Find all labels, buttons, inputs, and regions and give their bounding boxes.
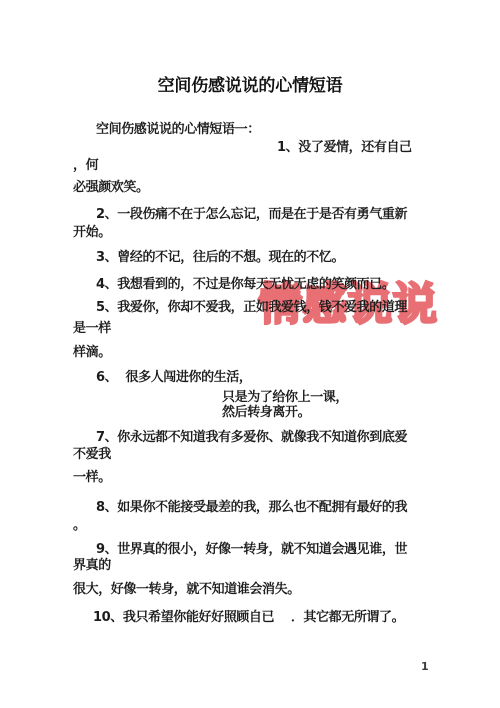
text-line: 10、我只希望你能好好照顾自已 ．其它都无所谓了。 [93,606,404,625]
text-line: 空间伤感说说的心情短语一： [96,118,260,137]
document-title: 空间伤感说说的心情短语 [0,71,500,96]
text-line: 6、 很多人闯进你的生活， [96,366,252,385]
text-line: 5、我爱你，你却不爱我，正如我爱钱，钱不爱我的道理 [96,296,407,315]
text-line: 必强颜欢笑。 [73,176,149,195]
text-line: 7、你永远都不知道我有多爱你、就像我不知道你到底爱 [96,426,407,445]
text-line: 是一样 [73,317,111,336]
text-line: 很大，好像一转身，就不知道谁会消失。 [73,578,300,597]
text-line: 开始。 [73,221,111,240]
text-line: 3、曾经的不记，往后的不想。现在的不忆。 [96,246,344,265]
text-line: 样滴。 [73,341,111,360]
text-line: 然后转身离开。 [222,401,310,420]
text-line: 不爱我 [73,443,111,462]
text-line: 2、一段伤痛不在于怎么忘记，而是在于是否有勇气重新 [96,203,407,222]
text-line: 8、如果你不能接受最差的我，那么也不配拥有最好的我 [96,496,407,515]
page-number: 1 [421,660,429,673]
text-line: 。 [73,514,86,533]
text-line: 界真的 [73,554,111,573]
text-line: 一样。 [73,466,111,485]
text-line: 9、世界真的很小，好像一转身，就不知道会遇见谁，世 [96,538,407,557]
text-line: 4、我想看到的，不过是你每天无忧无虑的笑颜而已。 [96,273,394,292]
text-line: ，何 [73,154,98,173]
text-line: 1、没了爱情，还有自己 [277,136,412,155]
document-page: 情感说说 空间伤感说说的心情短语 空间伤感说说的心情短语一： 1、没了爱情，还有… [0,0,500,708]
